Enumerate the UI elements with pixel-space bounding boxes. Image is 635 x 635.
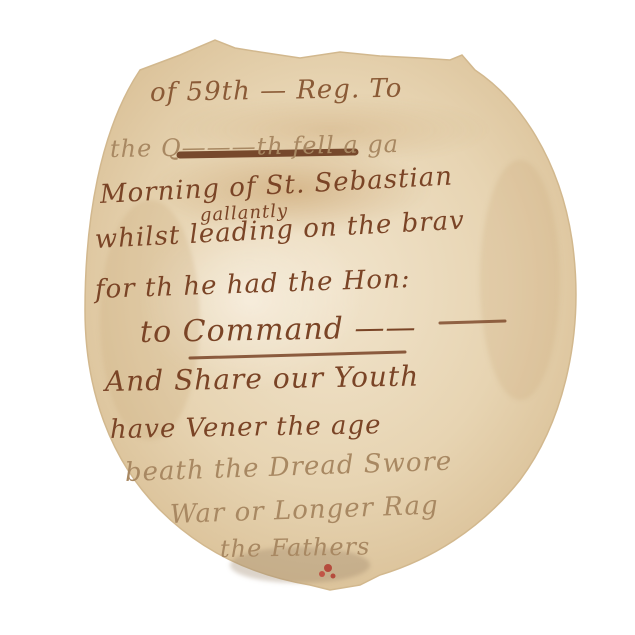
photo-stage: of 59th — Reg. To the Q———th fell a ga M… xyxy=(0,0,635,635)
manuscript-line: And Share our Youth xyxy=(105,360,420,398)
manuscript-line: the Fathers xyxy=(220,532,371,563)
manuscript-line: to Command —— xyxy=(140,310,417,350)
manuscript-line: of 59th — Reg. To xyxy=(150,74,403,108)
manuscript-line: have Vener the age xyxy=(110,410,382,445)
manuscript-line: the Q———th fell a ga xyxy=(110,130,399,163)
